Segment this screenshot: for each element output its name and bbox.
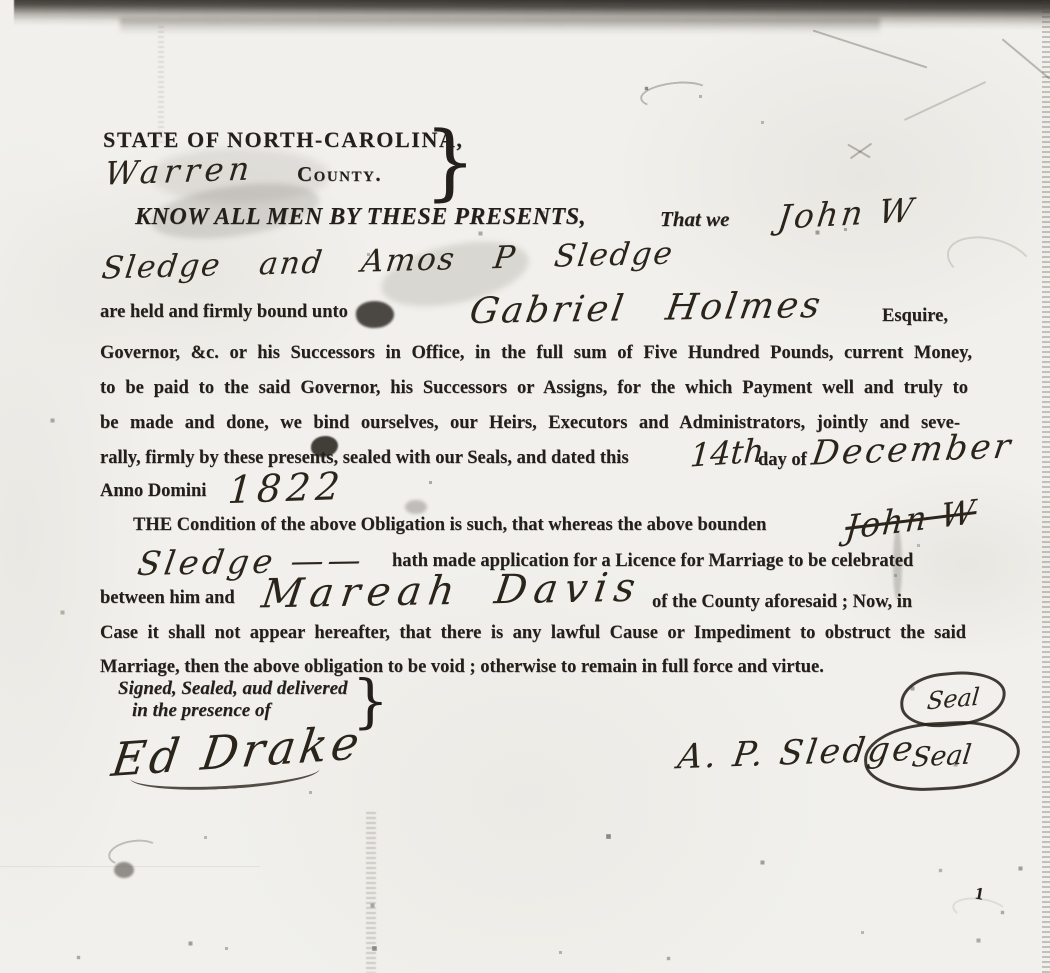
condition-line-5: Marriage, then the above obligation to b… (100, 657, 824, 678)
bound-unto-text: are held and firmly bound unto (100, 302, 348, 323)
signed-sealed-line: Signed, Sealed, aud delivered (118, 678, 348, 700)
header-brace: } (424, 122, 476, 204)
pencil-curl (106, 837, 161, 870)
between-him-label: between him and (100, 588, 235, 609)
obligation-line-1: Governor, &c. or his Successors in Offic… (100, 343, 972, 364)
obligee-name-handwritten: Gabriel Holmes (467, 285, 826, 332)
scan-right-edge (1042, 0, 1050, 973)
paper-specks (0, 0, 1, 1)
county-label: County. (297, 162, 382, 187)
condition-line-4: Case it shall not appear hereafter, that… (100, 623, 966, 644)
seal-top-label: Seal (926, 683, 981, 716)
scan-top-smudge (120, 18, 880, 34)
pencil-curl (942, 228, 1039, 296)
ink-smudge (405, 500, 427, 514)
seal-bottom-label: Seal (911, 739, 974, 773)
obligation-line-4: rally, firmly by these presents, sealed … (100, 448, 629, 469)
day-handwritten: 14th (689, 431, 766, 474)
day-of-label: day of (758, 450, 807, 471)
state-title: STATE OF NORTH-CAROLINA, (103, 127, 464, 153)
that-we-label: That we (660, 207, 729, 232)
month-handwritten: December (809, 426, 1015, 473)
anno-domini-label: Anno Domini (100, 481, 206, 502)
principal-names-line-handwritten: Sledge and Amos P Sledge (100, 235, 677, 286)
bounden-name-1-handwritten: John W (844, 492, 979, 548)
marriage-bond-document: STATE OF NORTH-CAROLINA, } Warren County… (0, 0, 1050, 973)
year-handwritten: 1822 (226, 464, 346, 512)
pencil-scratch (813, 30, 928, 69)
county-name-handwritten: Warren (103, 149, 256, 192)
presence-of-line: in the presence of (132, 700, 271, 722)
ink-blot (355, 299, 396, 330)
bride-name-handwritten: Mareah Davis (259, 565, 645, 618)
principal-name-handwritten: John W (776, 190, 919, 237)
pencil-scratch (904, 81, 986, 121)
pencil-curl (639, 78, 711, 111)
obligation-line-2: to be paid to the said Governor, his Suc… (100, 378, 968, 399)
fold-crease (366, 812, 376, 973)
fold-line (0, 866, 260, 867)
esquire-label: Esquire, (882, 306, 948, 327)
condition-line-1: THE Condition of the above Obligation is… (133, 515, 766, 536)
obligation-line-3: be made and done, we bind ourselves, our… (100, 413, 960, 434)
know-all-men-heading: KNOW ALL MEN BY THESE PRESENTS, (135, 204, 586, 231)
condition-line-3: of the County aforesaid ; Now, in (652, 592, 912, 613)
